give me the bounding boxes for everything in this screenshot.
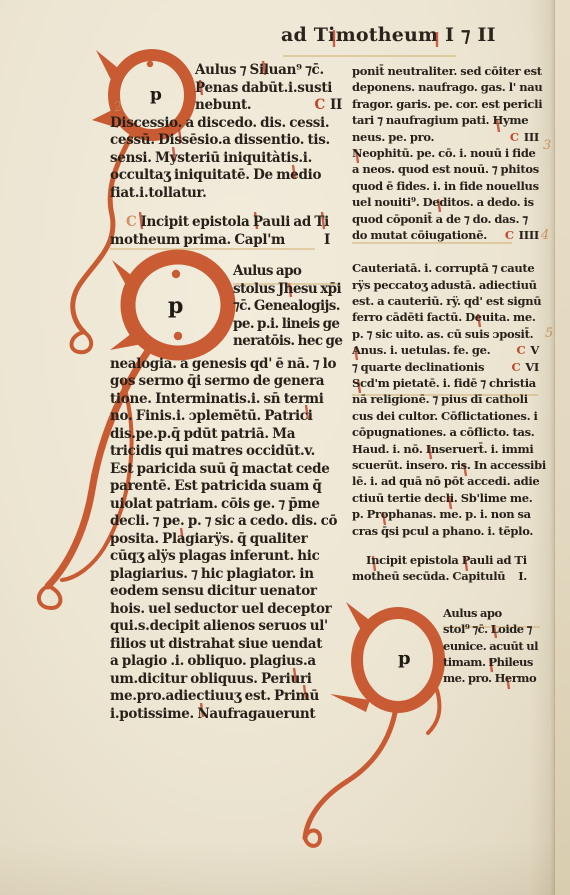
text-line: rÿs peccatoʒ adustā. adiectiuū (352, 277, 539, 293)
text-line: tricidis qui matres occidūt.v. (110, 443, 342, 461)
text-line: cras q̄si pcul a phano. i. tēplo. (352, 523, 539, 539)
text-line: lē. i. ad quā nō pōt accedi. adie (352, 473, 539, 489)
incipit-block: Incipit epistola Pauli ad Ti motheū secū… (352, 552, 539, 585)
incipit-block: CIncipit epistola Pauli ad Ti motheum pr… (110, 214, 342, 249)
text-line: neratōis. hec ge (233, 333, 342, 351)
chapter-line: do mutat cōiugationē. C IIII (352, 227, 539, 243)
text-line: est. a cauteriū. rÿ. qd' est signū (352, 293, 539, 309)
text-line: p. ⁊ sic uito. as. cū suis ɔposit̄. (352, 326, 539, 342)
text-line: quod cōponit̄ a de ⁊ do. das. ⁊ (352, 211, 539, 227)
text-line: i.potissime. Naufragauerunt (110, 706, 342, 724)
text-line: Aulus apo (233, 263, 342, 281)
text-line: stol⁹ ⁊c̄. Loide ⁊ (443, 621, 539, 637)
text-line: ponit̄ neutraliter. sed cōiter est (352, 63, 539, 79)
text-line: a neos. quod est nouū. ⁊ phitos (352, 161, 539, 177)
capitulum-mark: C (517, 342, 526, 358)
chapter-number: VI (525, 359, 539, 375)
text-line: pe. p.i. lineis ge (233, 316, 342, 334)
paragraph-beside-initial: Aulus apo stol⁹ ⁊c̄. Loide ⁊ eunice. acu… (443, 605, 539, 687)
text-line: parentē. Est patricida suam q̄ (110, 478, 342, 496)
paragraph-full: nealogia. a genesis qd' ē nā. ⁊ lo gos s… (110, 356, 342, 724)
text-line: ferro cādēti factū. Deuita. me. (352, 309, 539, 325)
text-line: cessū. Dissēsio.a dissentio. tis. (110, 132, 342, 150)
text-line: uiolat patriam. cōis ge. ⁊ p̄me (110, 496, 342, 514)
chapter-line: ⁊ quarte declinationis C VI (352, 359, 539, 375)
text-line: tione. Interminatis.i. sn̄ termi (110, 391, 342, 409)
capitulum-mark: C (510, 129, 519, 145)
initial-guide-letter: p (150, 85, 162, 105)
text-line: cus dei cultor. Cōflictationes. i (352, 408, 539, 424)
chapter-number: I (324, 232, 342, 250)
text-line: ⁊c̄. Genealogijs. (233, 298, 342, 316)
text-line: Aulus apo (443, 605, 539, 621)
text-line: sensi. Mysteriū iniquitàtis.i. (110, 150, 342, 168)
text-line: cūqʒ alÿs plagas inferunt. hic (110, 548, 342, 566)
text-line: Scd'm pietatē. i. fidē ⁊ christia (352, 375, 539, 391)
text-line: Penas dabūt.i.susti (195, 80, 342, 98)
margin-note-right-4: 4 (541, 228, 549, 243)
chapter-number: II (330, 97, 342, 115)
text-line: qui.s.decipit alienos seruos ul' (110, 618, 342, 636)
incipit-line: motheū secūda. Capitulū I. (352, 568, 539, 584)
text-line: filios ut distrahat siue uendat (110, 636, 342, 654)
chapter-line: nebunt. C II (195, 97, 342, 115)
text-line: me.pro.adiectiuuʒ est. Primū (110, 688, 342, 706)
paragraph-beside-initial: Aulus ⁊ Siluan⁹ ⁊c̄. Penas dabūt.i.susti… (195, 62, 342, 115)
text-line: a plagio .i. obliquo. plagius.a (110, 653, 342, 671)
capitulum-mark: C (505, 227, 514, 243)
text-line: um.dicitur obliquus. Periuri (110, 671, 342, 689)
line-text: do mutat cōiugationē. (352, 227, 487, 243)
line-text: Incipit epistola Pauli ad Ti (140, 214, 329, 230)
book-page: ad Timotheum I ⁊ II 2 3 4 5 (0, 0, 570, 895)
text-line: fragor. garis. pe. cor. est pericli (352, 96, 539, 112)
text-line: nealogia. a genesis qd' ē nā. ⁊ lo (110, 356, 342, 374)
page-header-title: ad Timotheum I ⁊ II (281, 24, 496, 46)
text-line: gos sermo q̄i sermo de genera (110, 373, 342, 391)
text-line: Est paricida suū q̄ mactat cede (110, 461, 342, 479)
text-line: fiat.i.tollatur. (110, 185, 342, 203)
chapter-number: IIII (519, 227, 539, 243)
chapter-number: V (530, 342, 539, 358)
text-line: no. Finis.i. ɔplemētū. Patrici (110, 408, 342, 426)
chapter-line: neus. pe. pro. C III (352, 129, 539, 145)
paragraph-full: Cauteriatā. i. corruptā ⁊ caute rÿs pecc… (352, 260, 539, 539)
text-line: Haud. i. nō. Inseruert̄. i. immi (352, 441, 539, 457)
text-line: hois. uel seductor uel deceptor (110, 601, 342, 619)
text-line: nā religionē. ⁊ pius dī catholi (352, 391, 539, 407)
right-column: ponit̄ neutraliter. sed cōiter est depon… (352, 55, 539, 687)
line-text: motheum prima. Capl'm (110, 232, 285, 250)
text-line: cōpugnationes. a cōflicto. tas. (352, 424, 539, 440)
text-line: Neophitū. pe. cō. i. nouū i fide (352, 145, 539, 161)
capitulum-mark: C (511, 359, 520, 375)
text-line: posita. Plagiarÿs. q̄ qualiter (110, 531, 342, 549)
text-line: uel nouiti⁹. Deditos. a dedo. is (352, 194, 539, 210)
text-line: plagiarius. ⁊ hic plagiator. in (110, 566, 342, 584)
paragraph-beside-initial: Aulus apo stolus Jhesu xp̄i ⁊c̄. Genealo… (233, 263, 342, 351)
incipit-line: motheum prima. Capl'm I (110, 232, 342, 250)
text-line: Cauteriatā. i. corruptā ⁊ caute (352, 260, 539, 276)
capitulum-mark: C (126, 214, 136, 230)
initial-guide-letter: p (398, 648, 411, 669)
line-text: ⁊ quarte declinationis (352, 359, 484, 375)
left-column: Aulus ⁊ Siluan⁹ ⁊c̄. Penas dabūt.i.susti… (110, 55, 342, 723)
text-line: Discessio. a discedo. dis. cessi. (110, 115, 342, 133)
text-line: deponens. naufrago. gas. l' nau (352, 79, 539, 95)
incipit-line: Incipit epistola Pauli ad Ti (366, 552, 539, 568)
text-line: quod ē fides. i. in fide nouellus (352, 178, 539, 194)
margin-note-right-5: 5 (545, 326, 553, 341)
line-text: nebunt. (195, 97, 251, 115)
text-line: p. Prophanas. me. p. i. non sa (352, 506, 539, 522)
line-text: Anus. i. uetulas. fe. ge. (352, 342, 490, 358)
text-line: stolus Jhesu xp̄i (233, 281, 342, 299)
line-text: motheū secūda. Capitulū (352, 568, 505, 584)
text-line: timam. Phileus (443, 654, 539, 670)
text-line: dis.pe.p.q̄ pdūt patriā. Ma (110, 426, 342, 444)
margin-note-right-3: 3 (543, 138, 551, 153)
text-line: occultaʒ iniquitatē. De medio (110, 167, 342, 185)
text-line: decli. ⁊ pe. p. ⁊ sic a cedo. dis. cō (110, 513, 342, 531)
text-line: scuerūt. insero. ris. In accessibi (352, 457, 539, 473)
incipit-line: CIncipit epistola Pauli ad Ti (126, 214, 342, 232)
text-line: me. pro. Hermo (443, 670, 539, 686)
text-line: eodem sensu dicitur uenator (110, 583, 342, 601)
chapter-number: III (524, 129, 539, 145)
text-line: tari ⁊ naufragium pati. Hyme (352, 112, 539, 128)
initial-guide-letter: p (168, 293, 183, 319)
text-line: eunice. acuūt ul (443, 638, 539, 654)
text-line: Aulus ⁊ Siluan⁹ ⁊c̄. (195, 62, 342, 80)
text-line: ctiuū tertie decli. Sb'lime me. (352, 490, 539, 506)
page-fore-edge (554, 0, 570, 895)
chapter-number: I. (518, 568, 539, 584)
capitulum-mark: C (315, 97, 325, 115)
chapter-line: Anus. i. uetulas. fe. ge. C V (352, 342, 539, 358)
line-text: neus. pe. pro. (352, 129, 434, 145)
